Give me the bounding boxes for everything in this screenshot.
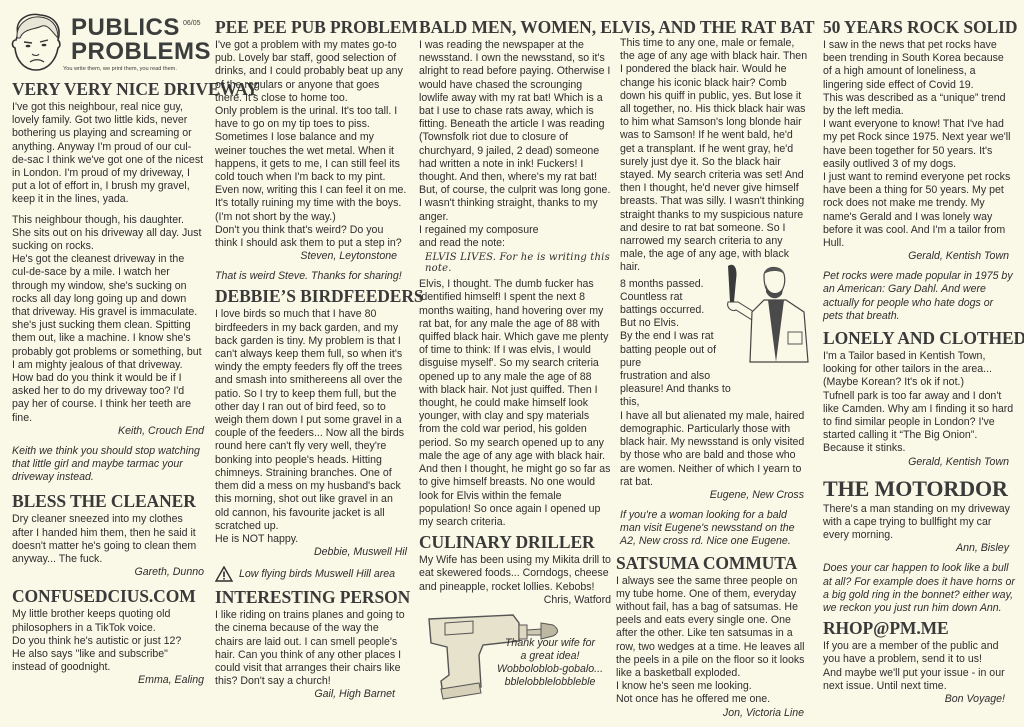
- article-birdfeeders: DEBBIE’S BIRDFEEDERS I love birds so muc…: [215, 287, 407, 582]
- text-line: But no Elvis.: [620, 317, 740, 330]
- paragraph: Elvis, I thought. The dumb fucker has id…: [419, 278, 611, 529]
- editor-reply: Does your car happen to look like a bull…: [823, 562, 1015, 615]
- article-confusedcius: CONFUSEDCIUS.COM My little brother keeps…: [12, 587, 204, 687]
- handwritten-note: ELVIS LIVES. For he is writing this note…: [425, 252, 611, 274]
- paragraph: I know he's seen me looking.: [616, 680, 810, 693]
- signature: Debbie, Muswell Hil: [215, 546, 407, 559]
- headline: DEBBIE’S BIRDFEEDERS: [215, 287, 407, 306]
- warning-note: Low flying birds Muswell Hill area: [215, 566, 407, 582]
- editor-reply: Pet rocks were made popular in 1975 by a…: [823, 270, 1015, 323]
- issue-number: 06/05: [183, 20, 201, 27]
- headline: LONELY AND CLOTHED: [823, 329, 1015, 348]
- editor-reply: Keith we think you should stop watching …: [12, 445, 204, 485]
- paragraph: There's a man standing on my driveway wi…: [823, 503, 1015, 543]
- text-line: 8 months passed.: [620, 278, 740, 291]
- headline: CONFUSEDCIUS.COM: [12, 587, 204, 606]
- signature: Jon, Victoria Line: [616, 707, 810, 720]
- signature: Steven, Leytonstone: [215, 250, 407, 263]
- reply-line: bblelobblelobbleble: [497, 676, 603, 689]
- paragraph: Dry cleaner sneezed into my clothes afte…: [12, 513, 204, 566]
- paragraph: I love birds so much that I have 80 bird…: [215, 308, 407, 532]
- paragraph: He's got the cleanest driveway in the cu…: [12, 253, 204, 372]
- article-pub: PEE PEE PUB PROBLEM I've got a problem w…: [215, 18, 407, 283]
- paragraph: This was described as a “unique” trend b…: [823, 92, 1015, 118]
- headline: PEE PEE PUB PROBLEM: [215, 18, 407, 37]
- signature: Gail, High Barnet: [215, 688, 407, 701]
- headline: INTERESTING PERSON: [215, 588, 407, 607]
- paragraph: Don't you think that's weird? Do you thi…: [215, 224, 407, 250]
- warning-text: Low flying birds Muswell Hill area: [239, 568, 395, 580]
- paragraph: Tufnell park is too far away and I don't…: [823, 390, 1015, 456]
- signature: Gerald, Kentish Town: [823, 250, 1015, 263]
- paragraph: This neighbour though, his daughter. She…: [12, 214, 204, 254]
- article-interesting-person: INTERESTING PERSON I like riding on trai…: [215, 588, 407, 701]
- headline: CULINARY DRILLER: [419, 533, 611, 552]
- paragraph: I've got a problem with my mates go-to p…: [215, 39, 407, 105]
- article-lonely: LONELY AND CLOTHED I'm a Tailor based in…: [823, 329, 1015, 469]
- paragraph: I was reading the newspaper at the newss…: [419, 39, 611, 224]
- paragraph: If you are a member of the public and yo…: [823, 640, 1015, 666]
- article-driveway: VERY VERY NICE DRIVEWAY I've got this ne…: [12, 80, 204, 484]
- text-line: Countless rat: [620, 291, 740, 304]
- headline-elvis: BALD MEN, WOMEN, ELVIS, AND THE RAT BAT: [419, 18, 819, 37]
- article-driller: CULINARY DRILLER My Wife has been using …: [419, 533, 611, 702]
- tagline: You write them, we print them, you read …: [63, 66, 177, 72]
- column-4: This time to any one, male or female, th…: [620, 37, 810, 720]
- headline: SATSUMA COMMUTA: [616, 554, 810, 573]
- editor-reply: That is weird Steve. Thanks for sharing!: [215, 270, 407, 283]
- masthead: PUBLICS PROBLEMS 06/05 You write them, w…: [8, 6, 208, 76]
- paragraph: I have all but alienated my male, haired…: [620, 410, 810, 489]
- article-contact: RHOP@PM.ME If you are a member of the pu…: [823, 619, 1015, 706]
- headline: 50 YEARS ROCK SOLID: [823, 18, 1015, 37]
- paragraph: I regained my composure and read the not…: [419, 224, 549, 250]
- headline: VERY VERY NICE DRIVEWAY: [12, 80, 204, 99]
- headline: BLESS THE CLEANER: [12, 492, 204, 511]
- reply-line: a great idea!: [497, 650, 603, 663]
- title-line-2: PROBLEMS: [71, 40, 211, 64]
- signature: Chris, Watford: [419, 594, 611, 607]
- paragraph: I want everyone to know! That I've had m…: [823, 118, 1015, 171]
- paragraph: I've got this neighbour, real nice guy, …: [12, 101, 204, 207]
- paragraph: I like riding on trains planes and going…: [215, 609, 407, 688]
- warning-triangle-icon: [215, 566, 233, 582]
- text-line: By the end I was rat: [620, 330, 740, 343]
- paragraph: I always see the same three people on my…: [616, 575, 810, 681]
- editor-reply: Thank your wife for a great idea! Wobbol…: [497, 637, 603, 689]
- eugene-with-rat-bat-illustration-icon: [724, 262, 810, 372]
- signature: Eugene, New Cross: [620, 489, 810, 502]
- article-satsuma: SATSUMA COMMUTA I always see the same th…: [616, 554, 810, 720]
- text-line: pleasure! And thanks to this,: [620, 383, 740, 409]
- paragraph: This time to any one, male or female, th…: [620, 37, 810, 275]
- paragraph: I just want to remind everyone pet rocks…: [823, 171, 1015, 250]
- face-illustration-icon: [8, 12, 66, 74]
- article-rock: 50 YEARS ROCK SOLID I saw in the news th…: [823, 18, 1015, 323]
- paragraph: And maybe we'll put your issue - in our …: [823, 667, 1015, 693]
- signature: Emma, Ealing: [12, 674, 204, 687]
- paragraph: Only problem is the urinal. It's too tal…: [215, 105, 407, 224]
- contact-email-headline: RHOP@PM.ME: [823, 619, 1015, 638]
- text-line: frustration and also: [620, 370, 740, 383]
- reply-line: Wobboloblob-gobalo...: [497, 663, 603, 676]
- signature: Keith, Crouch End: [12, 425, 204, 438]
- paragraph: Not once has he offered me one.: [616, 693, 810, 706]
- signature: Bon Voyage!: [823, 693, 1015, 706]
- headline: THE MOTORDOR: [823, 477, 1015, 501]
- paragraph: I saw in the news that pet rocks have be…: [823, 39, 1015, 92]
- reply-line: Thank your wife for: [497, 637, 603, 650]
- text-line: batting people out of pure: [620, 344, 740, 370]
- signature: Gareth, Dunno: [12, 566, 204, 579]
- paragraph: How bad do you think it would be if I as…: [12, 372, 204, 425]
- paragraph: My little brother keeps quoting old phil…: [12, 608, 204, 634]
- column-1: VERY VERY NICE DRIVEWAY I've got this ne…: [12, 80, 204, 687]
- paragraph: He is NOT happy.: [215, 533, 407, 546]
- article-motordor: THE MOTORDOR There's a man standing on m…: [823, 477, 1015, 615]
- text-line: battings occurred.: [620, 304, 740, 317]
- paragraph: He also says "like and subscribe" instea…: [12, 648, 204, 674]
- paragraph: I'm a Tailor based in Kentish Town, look…: [823, 350, 1015, 390]
- article-cleaner: BLESS THE CLEANER Dry cleaner sneezed in…: [12, 492, 204, 579]
- editor-reply: If you're a woman looking for a bald man…: [620, 509, 810, 549]
- paragraph: My Wife has been using my Mikita drill t…: [419, 554, 611, 594]
- column-5: 50 YEARS ROCK SOLID I saw in the news th…: [823, 18, 1015, 706]
- paragraph: Do you think he's autistic or just 12?: [12, 635, 204, 648]
- signature: Gerald, Kentish Town: [823, 456, 1015, 469]
- column-2: PEE PEE PUB PROBLEM I've got a problem w…: [215, 18, 407, 701]
- column-3: BALD MEN, WOMEN, ELVIS, AND THE RAT BAT …: [419, 18, 611, 702]
- signature: Ann, Bisley: [823, 542, 1015, 555]
